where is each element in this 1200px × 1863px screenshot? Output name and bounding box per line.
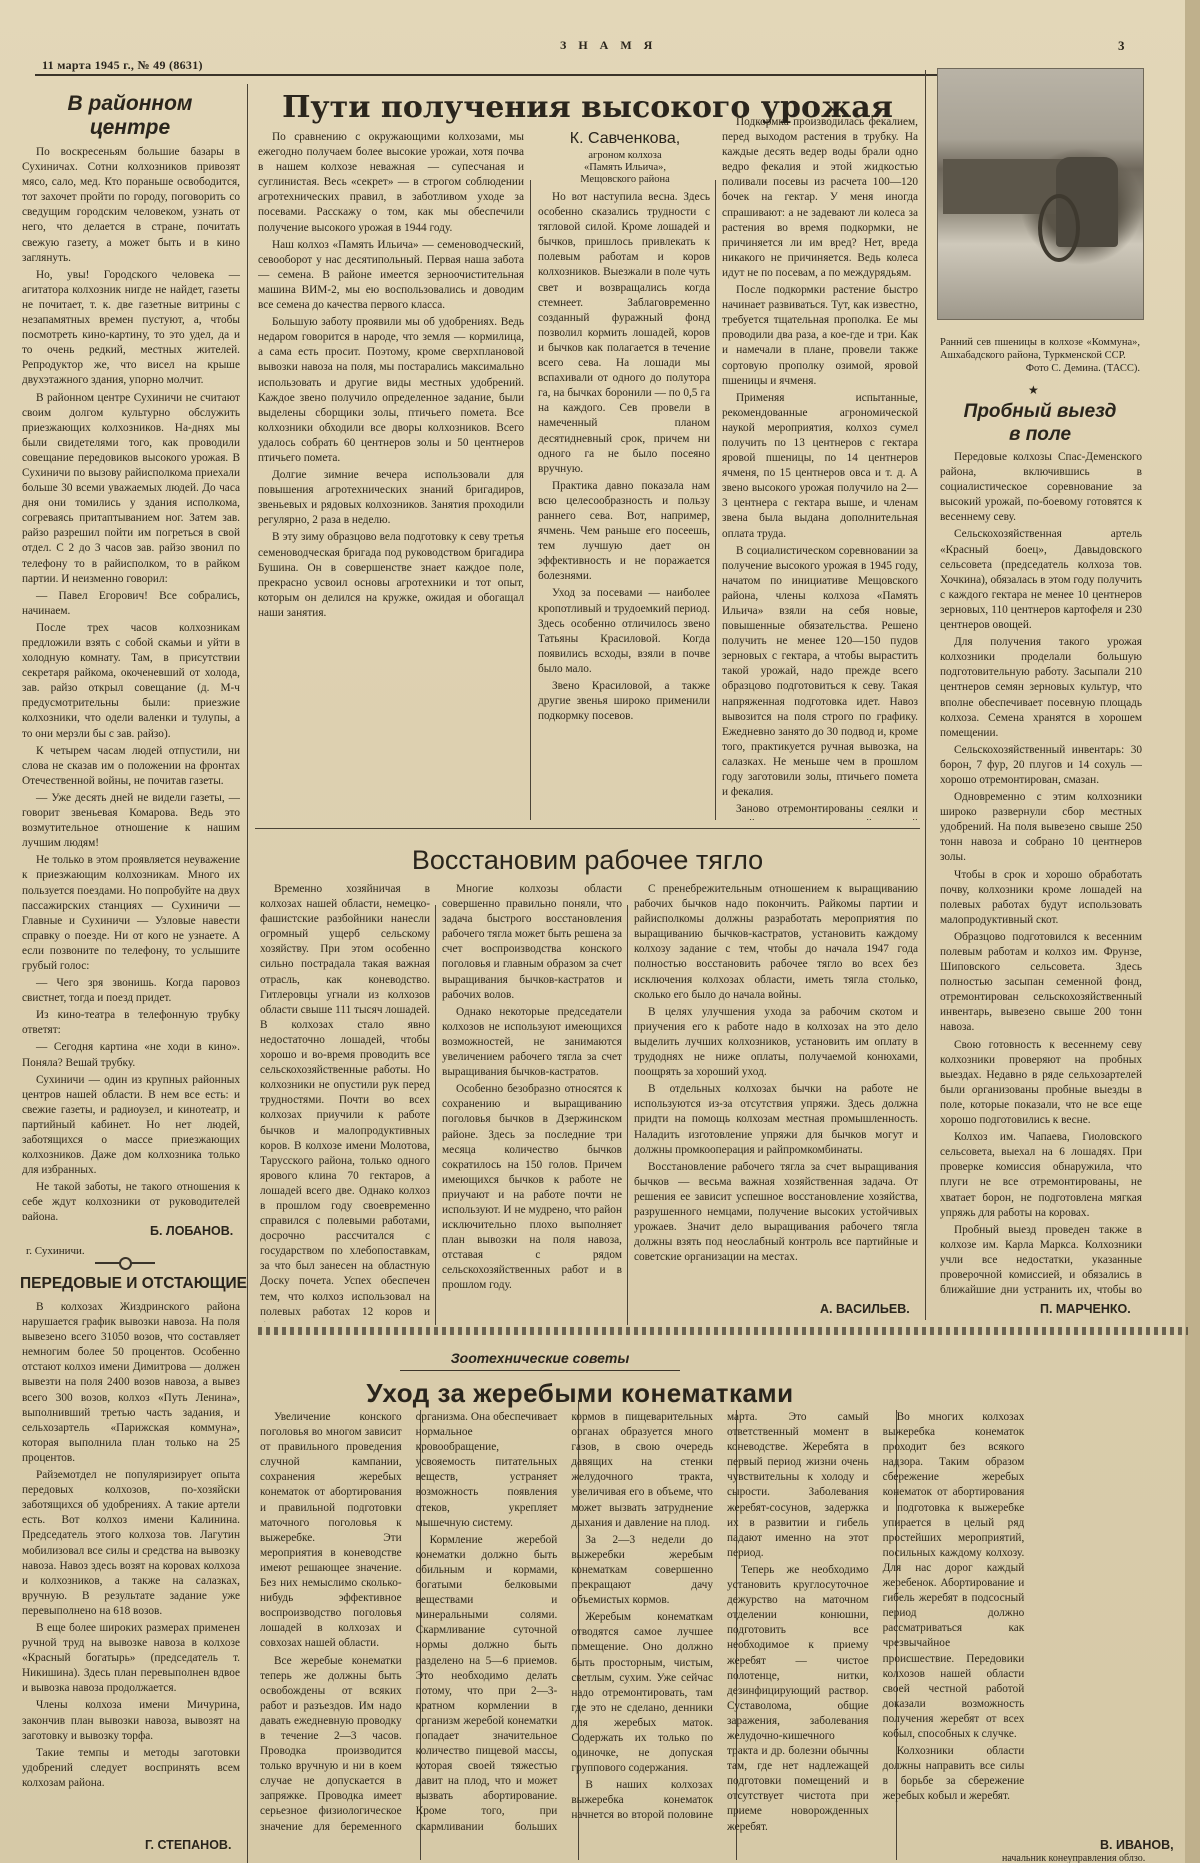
signature-role-mares: начальник конеуправления облзо. (1002, 1853, 1145, 1863)
paragraph: Многие колхозы области совершенно правил… (442, 882, 622, 1003)
article-body-harvest-col1: По сравнению с окружающими колхозами, мы… (258, 130, 524, 820)
article-body-mares: Увеличение конского поголовья во многом … (260, 1410, 1180, 1835)
signature-mares: В. ИВАНОВ, (1100, 1838, 1174, 1852)
paragraph: Практика давно показала нам всю целесооб… (538, 479, 710, 585)
paragraph: Колхоз им. Чапаева, Гиоловского сельсове… (940, 1130, 1142, 1221)
paragraph: Образцово подготовился к весенним полевы… (940, 930, 1142, 1036)
title-line: центре (20, 116, 240, 140)
paragraph: — Сегодня картина «не ходи в кино». Поня… (22, 1040, 240, 1070)
dateline: 11 марта 1945 г., № 49 (8631) (42, 58, 203, 73)
paragraph: Наш колхоз «Память Ильича» — семеноводче… (258, 238, 524, 313)
title-line: В районном (20, 92, 240, 116)
circle-ornament-icon (119, 1257, 132, 1270)
paragraph: По воскресеньям большие базары в Сухинич… (22, 145, 240, 266)
author-harvest: К. Савченкова, (530, 130, 720, 148)
paragraph: Для получения такого урожая колхозники п… (940, 635, 1142, 741)
article-body-draft-col1: Временно хозяйничая в колхозах нашей обл… (260, 882, 430, 1322)
article-body-harvest-col2: Но вот наступила весна. Здесь особенно с… (538, 190, 710, 820)
paragraph: После трех часов колхозникам предложили … (22, 621, 240, 742)
page-edge (1185, 0, 1200, 1863)
article-title-trial: Пробный выезд в поле (940, 400, 1140, 446)
article-body-draft-col2: Многие колхозы области совершенно правил… (442, 882, 622, 1322)
rubric-zootechnical: Зоотехнические советы (380, 1350, 700, 1366)
paragraph: Не только в этом проявляется неуважение … (22, 853, 240, 974)
paragraph: Увеличение конского поголовья во многом … (260, 1410, 402, 1652)
paragraph: Долгие зимние вечера использовали для по… (258, 468, 524, 528)
column-divider (247, 84, 248, 1863)
paragraph: С пренебрежительным отношением к выращив… (634, 882, 918, 1003)
paragraph: Во многих колхозах выжеребка конематок п… (883, 1410, 1025, 1742)
author-role-harvest: агроном колхоза «Память Ильича», Мещовск… (530, 150, 720, 186)
paragraph: По сравнению с окружающими колхозами, мы… (258, 130, 524, 236)
wheel-shape (1038, 194, 1080, 262)
paragraph: К четырем часам людей отпустили, ни слов… (22, 744, 240, 789)
paragraph: После подкормки растение быстро начинает… (722, 283, 918, 389)
paragraph: Но, увы! Городского человека — агитатора… (22, 268, 240, 389)
signature-district: Б. ЛОБАНОВ. (150, 1224, 233, 1238)
paragraph: Восстановление рабочего тягла за счет вы… (634, 1160, 918, 1266)
article-body-district: По воскресеньям большие базары в Сухинич… (22, 145, 240, 1220)
signature-leaders: Г. СТЕПАНОВ. (145, 1838, 231, 1852)
paragraph: — Чего зря звонишь. Когда паровоз свистн… (22, 976, 240, 1006)
paragraph: — Павел Егорович! Все собрались, начинае… (22, 589, 240, 619)
paragraph: Не такой заботы, не такого отношения к с… (22, 1180, 240, 1220)
paragraph: В социалистическом соревновании за получ… (722, 544, 918, 801)
column-divider (925, 70, 926, 1320)
paragraph: В эту зиму образцово вела подготовку к с… (258, 530, 524, 621)
paragraph: Колхозники области должны направить все … (883, 1744, 1025, 1804)
paragraph: В районном центре Сухиничи не считают св… (22, 391, 240, 587)
paragraph: Заново отремонтированы сеялки и другой с… (722, 802, 918, 820)
photo-credit: Фото С. Демина. (ТАСС). (940, 362, 1140, 375)
section-rule (255, 828, 920, 829)
paragraph: Особенно безобразно относятся к сохранен… (442, 1082, 622, 1293)
paragraph: В отдельных колхозах бычки на работе не … (634, 1082, 918, 1157)
column-divider (530, 180, 531, 820)
role-line: Мещовского района (530, 174, 720, 186)
article-title-district: В районном центре (20, 92, 240, 140)
title-line: Пробный выезд (940, 400, 1140, 423)
title-line: в поле (940, 423, 1140, 446)
rubric-underline (400, 1370, 680, 1371)
paragraph: Одновременно с этим колхозники широко ра… (940, 790, 1142, 865)
article-title-draft: Восстановим рабочее тягло (255, 845, 920, 876)
column-divider (715, 180, 716, 820)
paragraph: В целях улучшения ухода за рабочим ското… (634, 1005, 918, 1080)
paragraph: Сельскохозяйственный инвентарь: 30 борон… (940, 743, 1142, 788)
paragraph: Передовые колхозы Спас-Деменского района… (940, 450, 1142, 525)
article-body-trial: Передовые колхозы Спас-Деменского района… (940, 450, 1142, 1295)
paragraph: Подкормка производилась фекалием, перед … (722, 115, 918, 281)
paragraph: Жеребым конематкам отводятся самое лучше… (571, 1610, 713, 1776)
signature-trial: П. МАРЧЕНКО. (1040, 1302, 1131, 1316)
paragraph: За 2—3 недели до выжеребки жеребым конем… (571, 1533, 713, 1608)
column-divider (627, 905, 628, 1325)
paragraph: Пробный выезд проведен также в колхозе и… (940, 1223, 1142, 1295)
article-body-draft-col3: С пренебрежительным отношением к выращив… (634, 882, 918, 1292)
paragraph: В еще более широких размерах применен ру… (22, 1621, 240, 1696)
role-line: агроном колхоза (530, 150, 720, 162)
tractor-photo-icon (937, 68, 1144, 320)
paragraph: Такие темпы и методы заготовки удобрений… (22, 1746, 240, 1791)
paragraph: Члены колхоза имени Мичурина, закончив п… (22, 1698, 240, 1743)
paragraph: Большую заботу проявили мы об удобрениях… (258, 315, 524, 466)
paragraph: Из кино-театра в телефонную трубку ответ… (22, 1008, 240, 1038)
paragraph: Свою готовность к весеннему севу колхозн… (940, 1038, 1142, 1129)
paragraph: Чтобы в срок и хорошо обработать почву, … (940, 868, 1142, 928)
paragraph: В колхозах Жиздринского района нарушаетс… (22, 1300, 240, 1466)
signature-draft: А. ВАСИЛЬЕВ. (820, 1302, 910, 1316)
paragraph: Сухиничи — один из крупных районных цент… (22, 1073, 240, 1179)
paragraph: Уход за посевами — наиболее кропотливый … (538, 586, 710, 677)
paragraph: Райземотдел не популяризирует опыта пере… (22, 1468, 240, 1619)
paragraph: Однако некоторые председатели колхозов н… (442, 1005, 622, 1080)
article-title-mares: Уход за жеребыми конематками (260, 1378, 900, 1409)
article-body-leaders: В колхозах Жиздринского района нарушаетс… (22, 1300, 240, 1800)
paper-name: ЗНАМЯ (560, 38, 664, 53)
star-icon: ★ (1028, 383, 1039, 398)
article-title-leaders: ПЕРЕДОВЫЕ И ОТСТАЮЩИЕ (20, 1275, 242, 1293)
paragraph: Применяя испытанные, рекомендованные агр… (722, 391, 918, 542)
paragraph: Теперь же необходимо установить круглосу… (727, 1563, 869, 1835)
paragraph: Сельскохозяйственная артель «Красный бое… (940, 527, 1142, 633)
role-line: «Память Ильича», (530, 162, 720, 174)
paragraph: Временно хозяйничая в колхозах нашей обл… (260, 882, 430, 1322)
paragraph: — Уже десять дней не видели газеты, — го… (22, 791, 240, 851)
article-body-harvest-col3: Подкормка производилась фекалием, перед … (722, 115, 918, 820)
column-divider (435, 905, 436, 1325)
paragraph: Но вот наступила весна. Здесь особенно с… (538, 190, 710, 477)
wavy-divider (258, 1327, 1188, 1335)
place-district: г. Сухиничи. (26, 1245, 85, 1257)
caption-text: Ранний сев пшеницы в колхозе «Коммуна», … (940, 337, 1140, 361)
paragraph: Звено Красиловой, а также другие звенья … (538, 679, 710, 724)
page-number: 3 (1118, 38, 1125, 54)
photo-caption: Ранний сев пшеницы в колхозе «Коммуна», … (940, 336, 1140, 375)
